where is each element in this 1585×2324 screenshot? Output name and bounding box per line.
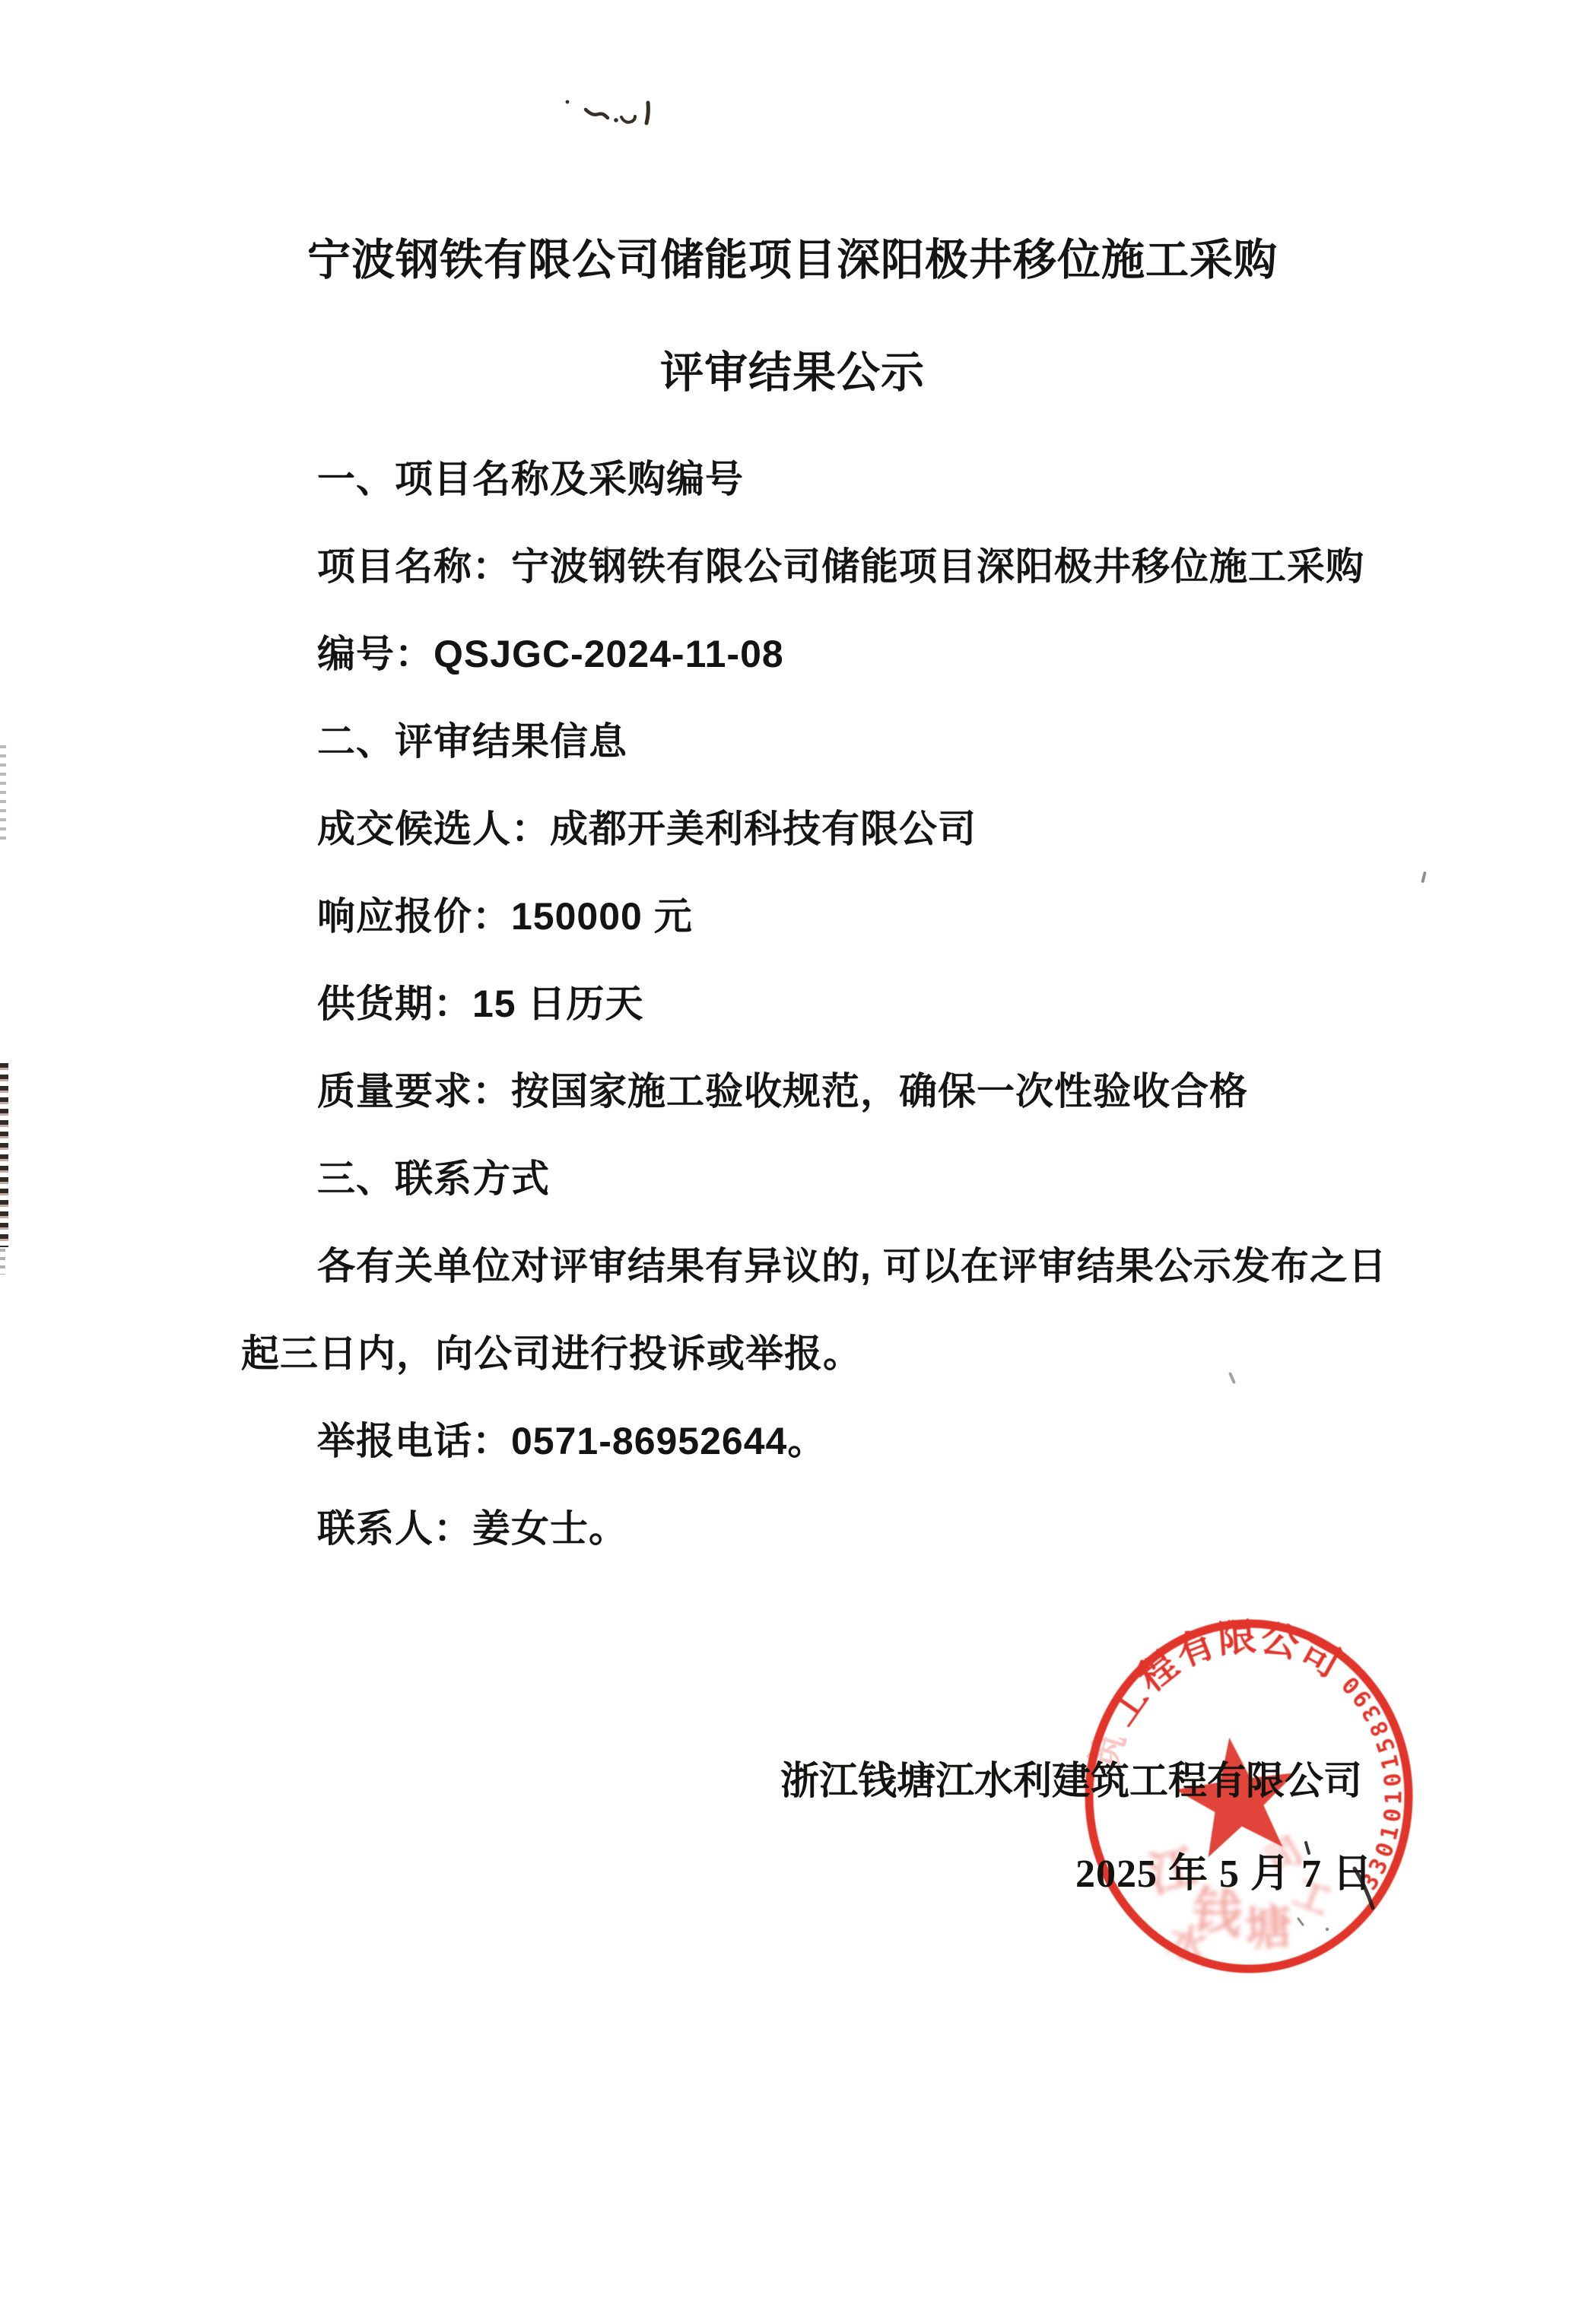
svg-text:1: 1	[1380, 1791, 1407, 1805]
svg-text:限: 限	[1216, 1615, 1257, 1661]
project-name-line: 项目名称：宁波钢铁有限公司储能项目深阳极井移位施工采购	[241, 523, 1443, 611]
objection-line-1: 各有关单位对评审结果有异议的, 可以在评审结果公示发布之日	[241, 1223, 1443, 1310]
project-number-line: 编号：QSJGC-2024-11-08	[241, 611, 1443, 698]
delivery-line: 供货期：15 日历天	[241, 960, 1443, 1048]
contact-person-line: 联系人：姜女士。	[241, 1485, 1443, 1573]
quality-line: 质量要求：按国家施工验收规范，确保一次性验收合格	[241, 1048, 1443, 1135]
svg-text:1: 1	[1376, 1753, 1405, 1772]
ink-speck	[605, 546, 608, 549]
winner-line: 成交候选人：成都开美利科技有限公司	[241, 786, 1443, 873]
svg-text:0: 0	[1380, 1772, 1408, 1789]
scanned-document: { "document": { "title_lines": [ "宁波钢铁有限…	[0, 0, 1585, 2324]
document-title-line-1: 宁波钢铁有限公司储能项目深阳极井移位施工采购	[0, 233, 1585, 287]
document-title-line-2: 评审结果公示	[0, 345, 1585, 400]
section-heading-1: 一、项目名称及采购编号	[241, 436, 1443, 523]
pen-squiggle-mark	[561, 90, 668, 132]
company-seal: 工程有限公司筑 3301010158390 江钱塘工司水	[975, 1576, 1523, 2047]
ink-slash-mark	[1297, 1829, 1396, 1943]
signature-company: 浙江钱塘江水利建筑工程有限公司	[780, 1749, 1362, 1805]
svg-text:塘: 塘	[1243, 1900, 1294, 1956]
scan-edge-artifact-light	[0, 745, 6, 846]
objection-line-2: 起三日内，向公司进行投诉或举报。	[241, 1310, 1443, 1398]
price-line: 响应报价：150000 元	[241, 873, 1443, 960]
scan-edge-artifact-dense	[0, 1063, 8, 1247]
svg-text:0: 0	[1379, 1807, 1407, 1824]
svg-text:公: 公	[1257, 1616, 1304, 1665]
report-phone-line: 举报电话：0571-86952644。	[241, 1398, 1443, 1485]
svg-text:司: 司	[1294, 1630, 1348, 1685]
section-heading-2: 二、评审结果信息	[241, 698, 1443, 786]
document-page: 宁波钢铁有限公司储能项目深阳极井移位施工采购 评审结果公示 一、项目名称及采购编…	[0, 0, 1585, 2324]
section-heading-3: 三、联系方式	[241, 1135, 1443, 1223]
scan-edge-artifact-tail	[0, 1249, 5, 1275]
document-body: 一、项目名称及采购编号 项目名称：宁波钢铁有限公司储能项目深阳极井移位施工采购 …	[241, 436, 1443, 1573]
